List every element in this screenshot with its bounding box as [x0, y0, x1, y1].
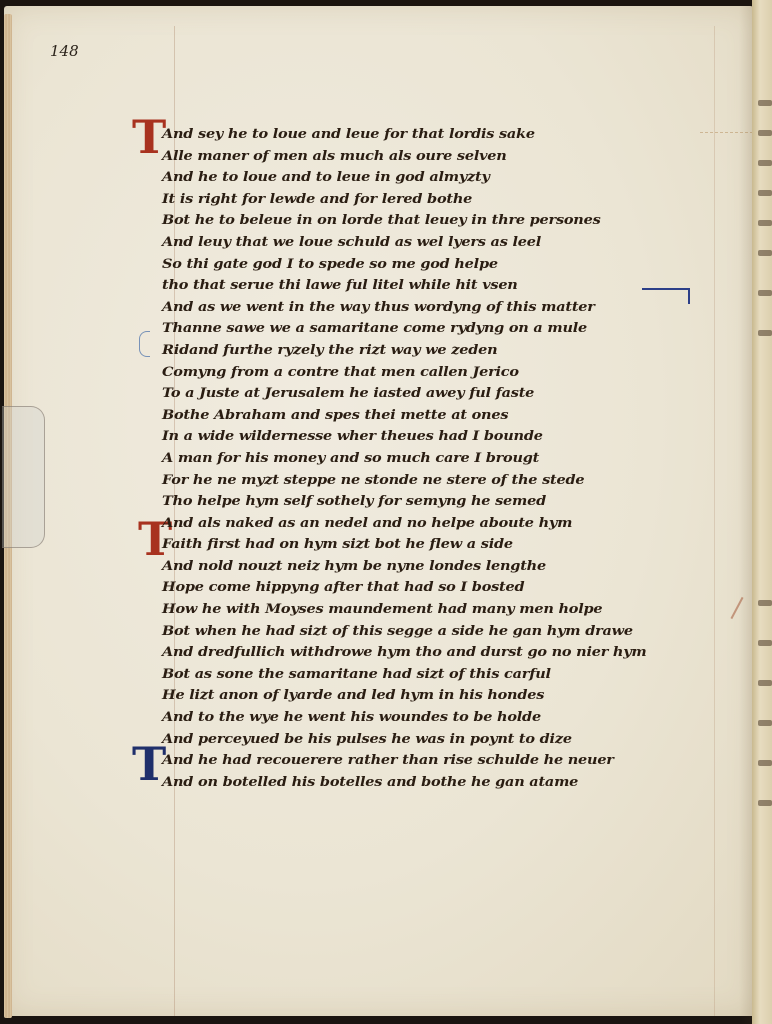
text-line: Hope come hippyng after that had so I bo… [162, 577, 772, 599]
text-line: To a Juste at Jerusalem he iasted awey f… [162, 383, 772, 405]
text-line: Tho helpe hym self sothely for semyng he… [162, 491, 772, 513]
manuscript-page: 148 T T T And sey he to loue and leue fo… [4, 6, 756, 1016]
text-line: For he ne myzt steppe ne stonde ne stere… [162, 470, 772, 492]
text-line: And he to loue and to leue in god almyzt… [162, 167, 772, 189]
facing-page-edge [752, 0, 772, 1024]
text-line: tho that serue thi lawe ful litel while … [162, 275, 772, 297]
text-line: So thi gate god I to spede so me god hel… [162, 254, 772, 276]
text-line: And nold nouzt neiz hym be nyne londes l… [162, 556, 772, 578]
text-line: Bothe Abraham and spes thei mette at one… [162, 405, 772, 427]
text-line: It is right for lewde and for lered both… [162, 189, 772, 211]
text-line: And he had recouerere rather than rise s… [162, 750, 772, 772]
text-line: Bot he to beleue in on lorde that leuey … [162, 210, 772, 232]
text-line: Bot as sone the samaritane had sizt of t… [162, 664, 772, 686]
text-line: How he with Moyses maundement had many m… [162, 599, 772, 621]
text-line: And sey he to loue and leue for that lor… [162, 124, 772, 146]
text-block: And sey he to loue and leue for that lor… [162, 124, 742, 793]
text-line: And perceyued be his pulses he was in po… [162, 729, 772, 751]
text-line: In a wide wildernesse wher theues had I … [162, 426, 772, 448]
text-line: And dredfullich withdrowe hym tho and du… [162, 642, 772, 664]
text-line: A man for his money and so much care I b… [162, 448, 772, 470]
text-line: Comyng from a contre that men callen Jer… [162, 362, 772, 384]
text-line: He lizt anon of lyarde and led hym in hi… [162, 685, 772, 707]
folio-number: 148 [50, 42, 79, 60]
text-line: And to the wye he went his woundes to be… [162, 707, 772, 729]
text-line: Thanne sawe we a samaritane come rydyng … [162, 318, 772, 340]
text-line: And leuy that we loue schuld as wel lyer… [162, 232, 772, 254]
text-line: And on botelled his botelles and bothe h… [162, 772, 772, 794]
text-line: Ridand furthe ryzely the rizt way we zed… [162, 340, 772, 362]
text-line: Bot when he had sizt of this segge a sid… [162, 621, 772, 643]
text-line: And as we went in the way thus wordyng o… [162, 297, 772, 319]
text-line: And als naked as an nedel and no helpe a… [162, 513, 772, 535]
marginal-paraph-mark [139, 331, 150, 357]
text-line: Alle maner of men als much als oure selv… [162, 146, 772, 168]
text-line: Faith first had on hym sizt bot he flew … [162, 534, 772, 556]
page-clip [2, 406, 45, 548]
